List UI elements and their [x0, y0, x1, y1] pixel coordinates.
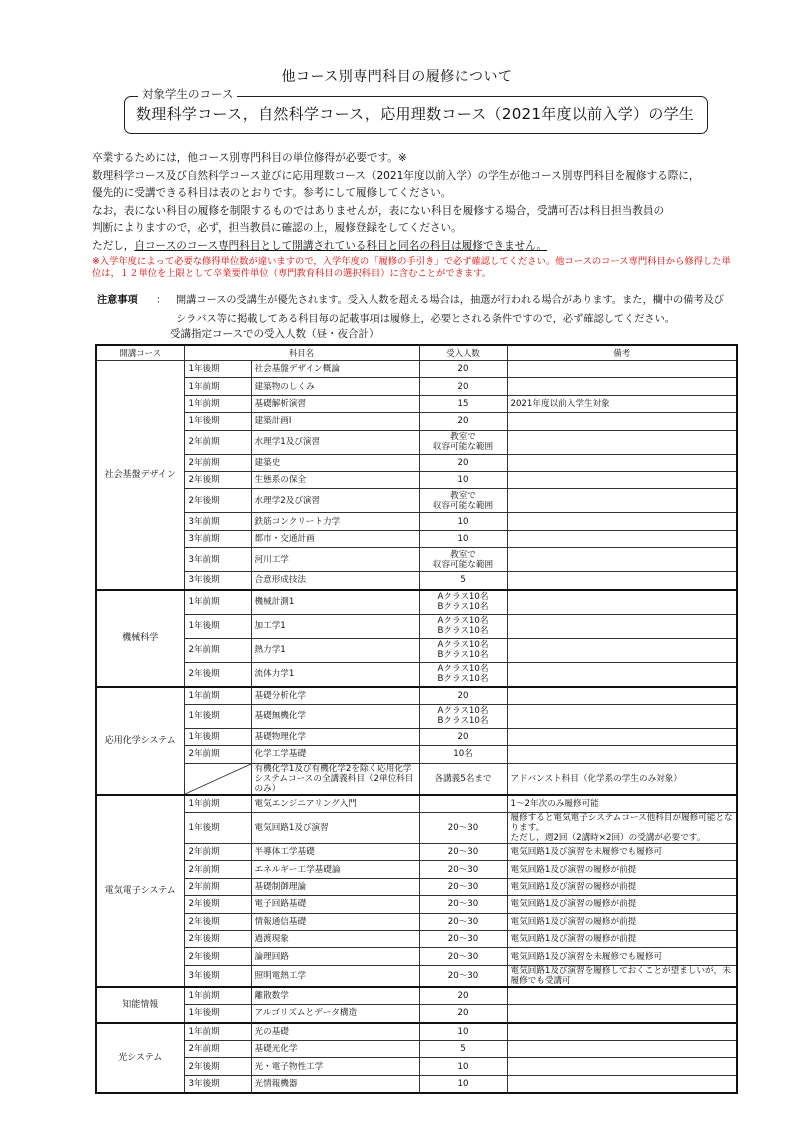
term-cell: 2年後期 [184, 471, 251, 488]
diagonal-line-icon [185, 764, 251, 794]
capacity-cell: 20 [419, 728, 507, 745]
table-row: 2年前期半導体工学基礎20～30電気回路1及び演習を未履修でも履修可 [96, 844, 737, 861]
capacity-cell: 10 [419, 1075, 507, 1093]
paragraph-line-4: なお，表にない科目の履修を制限するものではありませんが，表にない科目を履修する場… [92, 203, 664, 221]
capacity-cell: Aクラス10名Bクラス10名 [419, 662, 507, 687]
capacity-cell: 20～30 [419, 813, 507, 844]
table-row: 1年前期建築物のしくみ20 [96, 378, 737, 395]
capacity-cell: 20 [419, 687, 507, 705]
subject-cell: 都市・交通計画 [251, 530, 419, 547]
capacity-cell: 5 [419, 1040, 507, 1057]
note-cell: 電気回路1及び演習の履修が前提 [507, 861, 737, 878]
subject-cell: 水理学1及び演習 [251, 430, 419, 454]
table-row: 1年後期建築計画Ⅰ20 [96, 413, 737, 430]
note-cell: 履修すると電気電子システムコース他科目が履修可能となります。ただし，週2回（2講… [507, 813, 737, 844]
subject-cell: 電子回路基礎 [251, 896, 419, 913]
note-cell [507, 704, 737, 728]
subject-cell: 社会基盤デザイン概論 [251, 361, 419, 378]
paragraph-line-6: ただし，自コースのコース専門科目として開講されている科目と同名の科目は履修できま… [92, 238, 547, 256]
term-cell: 3年前期 [184, 530, 251, 547]
table-row: 1年後期電気回路1及び演習20～30履修すると電気電子システムコース他科目が履修… [96, 813, 737, 844]
subject-cell: 情報通信基礎 [251, 913, 419, 930]
term-cell: 1年後期 [184, 704, 251, 728]
capacity-cell: 20～30 [419, 965, 507, 987]
subject-cell: 論理回路 [251, 948, 419, 965]
table-row: 2年前期基礎制御理論20～30電気回路1及び演習の履修が前提 [96, 878, 737, 895]
capacity-table: 開講コース 科目名 受入人数 備考 社会基盤デザイン1年後期社会基盤デザイン概論… [95, 344, 738, 1094]
note-cell [507, 454, 737, 471]
capacity-cell: 10 [419, 1023, 507, 1041]
term-cell: 3年前期 [184, 513, 251, 530]
capacity-cell: 20 [419, 413, 507, 430]
note-cell [507, 1058, 737, 1075]
capacity-cell: 教室で収容可能な範囲 [419, 430, 507, 454]
note-cell [507, 430, 737, 454]
subject-cell: 熱力学1 [251, 638, 419, 662]
table-row: 2年後期光・電子物性工学10 [96, 1058, 737, 1075]
term-cell: 2年前期 [184, 878, 251, 895]
capacity-cell: 20～30 [419, 878, 507, 895]
note-cell [507, 638, 737, 662]
term-cell: 3年後期 [184, 1075, 251, 1093]
subject-cell: 建築物のしくみ [251, 378, 419, 395]
table-row: 応用化学システム1年前期基礎分析化学20 [96, 687, 737, 705]
subject-cell: エネルギー工学基礎論 [251, 861, 419, 878]
note-cell: アドバンスト科目（化学系の学生のみ対象） [507, 763, 737, 795]
caution-colon: ： [156, 291, 166, 310]
subject-cell: 化学工学基礎 [251, 746, 419, 763]
note-cell: 1～2年次のみ履修可能 [507, 795, 737, 813]
capacity-cell: 10 [419, 471, 507, 488]
term-cell: 2年前期 [184, 454, 251, 471]
subject-cell: 基礎光化学 [251, 1040, 419, 1057]
caution-label: 注意事項 [97, 291, 138, 310]
course-cell: 機械科学 [96, 590, 184, 687]
course-cell: 応用化学システム [96, 687, 184, 795]
subject-cell: 光・電子物性工学 [251, 1058, 419, 1075]
paragraph-line-5: 判断によりますので，必ず，担当教員に確認の上，履修登録をしてください。 [92, 220, 462, 238]
capacity-cell: 20 [419, 378, 507, 395]
table-row: 2年後期生態系の保全10 [96, 471, 737, 488]
capacity-cell [419, 795, 507, 813]
capacity-cell: Aクラス10名Bクラス10名 [419, 638, 507, 662]
term-cell: 1年後期 [184, 1005, 251, 1023]
table-row: 2年後期過渡現象20～30電気回路1及び演習の履修が前提 [96, 931, 737, 948]
term-cell: 1年後期 [184, 728, 251, 745]
table-row: 1年前期基礎解析演習152021年度以前入学生対象 [96, 395, 737, 412]
course-cell: 社会基盤デザイン [96, 361, 184, 590]
capacity-cell: 20 [419, 454, 507, 471]
table-caption: 受講指定コースでの受入人数（昼・夜合計） [170, 326, 379, 341]
subject-cell: 生態系の保全 [251, 471, 419, 488]
term-cell: 1年後期 [184, 614, 251, 638]
capacity-cell: 20～30 [419, 896, 507, 913]
restriction-prefix: ただし， [92, 240, 134, 252]
header-course: 開講コース [96, 345, 184, 361]
table-row: 2年前期エネルギー工学基礎論20～30電気回路1及び演習の履修が前提 [96, 861, 737, 878]
note-cell [507, 361, 737, 378]
table-row: 2年前期化学工学基礎10名 [96, 746, 737, 763]
term-cell: 2年前期 [184, 861, 251, 878]
table-row: 1年後期基礎物理化学20 [96, 728, 737, 745]
table-row: 2年前期建築史20 [96, 454, 737, 471]
table-row: 3年前期河川工学教室で収容可能な範囲 [96, 548, 737, 572]
table-row: 2年前期熱力学1Aクラス10名Bクラス10名 [96, 638, 737, 662]
table-row: 1年後期アルゴリズムとデータ構造20 [96, 1005, 737, 1023]
term-cell: 2年後期 [184, 931, 251, 948]
subject-cell: 鉄筋コンクリート力学 [251, 513, 419, 530]
table-row: 2年後期論理回路20～30電気回路1及び演習を未履修でも履修可 [96, 948, 737, 965]
capacity-cell: 20～30 [419, 948, 507, 965]
note-cell: 電気回路1及び演習の履修が前提 [507, 913, 737, 930]
subject-cell: 電気回路1及び演習 [251, 813, 419, 844]
restriction-underlined: 自コースのコース専門科目として開講されている科目と同名の科目は履修できません。 [134, 240, 547, 252]
course-cell: 知能情報 [96, 987, 184, 1023]
note-cell [507, 572, 737, 590]
note-cell [507, 530, 737, 547]
capacity-cell: 10 [419, 513, 507, 530]
table-row: 3年後期合意形成技法5 [96, 572, 737, 590]
course-cell: 電気電子システム [96, 795, 184, 987]
subject-cell: 機械計測1 [251, 590, 419, 615]
subject-cell: 照明電熱工学 [251, 965, 419, 987]
note-cell: 電気回路1及び演習の履修が前提 [507, 878, 737, 895]
table-row: 知能情報1年前期離散数学20 [96, 987, 737, 1005]
capacity-cell: 教室で収容可能な範囲 [419, 489, 507, 513]
paragraph-line-1: 卒業するためには，他コース別専門科目の単位修得が必要です。※ [92, 150, 407, 168]
note-cell [507, 662, 737, 687]
term-cell: 1年後期 [184, 413, 251, 430]
note-cell: 電気回路1及び演習の履修が前提 [507, 931, 737, 948]
note-cell [507, 1040, 737, 1057]
term-cell: 3年前期 [184, 548, 251, 572]
capacity-cell: 20～30 [419, 844, 507, 861]
table-row: 2年前期基礎光化学5 [96, 1040, 737, 1057]
capacity-cell: 20 [419, 1005, 507, 1023]
note-cell [507, 987, 737, 1005]
subject-cell: 建築計画Ⅰ [251, 413, 419, 430]
subject-cell: 離散数学 [251, 987, 419, 1005]
table-row: 2年後期水理学2及び演習教室で収容可能な範囲 [96, 489, 737, 513]
term-cell: 1年前期 [184, 1023, 251, 1041]
table-row: 3年後期照明電熱工学20～30電気回路1及び演習を履修しておくことが望ましいが，… [96, 965, 737, 987]
note-cell: 電気回路1及び演習を履修しておくことが望ましいが，未履修でも受講可 [507, 965, 737, 987]
note-cell [507, 513, 737, 530]
capacity-cell: Aクラス10名Bクラス10名 [419, 590, 507, 615]
note-cell [507, 590, 737, 615]
term-cell: 2年後期 [184, 662, 251, 687]
term-cell: 2年前期 [184, 1040, 251, 1057]
subject-cell: 建築史 [251, 454, 419, 471]
term-cell: 2年後期 [184, 913, 251, 930]
subject-cell: 半導体工学基礎 [251, 844, 419, 861]
table-row: 2年後期流体力学1Aクラス10名Bクラス10名 [96, 662, 737, 687]
capacity-cell: 20～30 [419, 861, 507, 878]
header-notes: 備考 [507, 345, 737, 361]
subject-cell: アルゴリズムとデータ構造 [251, 1005, 419, 1023]
table-row: 2年後期電子回路基礎20～30電気回路1及び演習の履修が前提 [96, 896, 737, 913]
capacity-cell: 20 [419, 361, 507, 378]
capacity-cell: 教室で収容可能な範囲 [419, 548, 507, 572]
term-cell: 2年後期 [184, 1058, 251, 1075]
subject-cell: 基礎分析化学 [251, 687, 419, 705]
note-cell [507, 489, 737, 513]
caution-line-1: 開講コースの受講生が優先されます。受入人数を超える場合は，抽選が行われる場合があ… [176, 291, 724, 310]
term-cell: 2年前期 [184, 844, 251, 861]
term-cell: 3年後期 [184, 965, 251, 987]
term-cell: 1年前期 [184, 395, 251, 412]
note-cell [507, 746, 737, 763]
note-cell: 2021年度以前入学生対象 [507, 395, 737, 412]
capacity-cell: 各講義5名まで [419, 763, 507, 795]
page-title: 他コース別専門科目の履修について [0, 66, 794, 86]
subject-cell: 光情報機器 [251, 1075, 419, 1093]
header-subject: 科目名 [184, 345, 419, 361]
capacity-cell: 20～30 [419, 931, 507, 948]
subject-cell: 流体力学1 [251, 662, 419, 687]
term-cell: 1年前期 [184, 687, 251, 705]
capacity-cell: 10 [419, 530, 507, 547]
term-cell: 1年後期 [184, 813, 251, 844]
subject-cell: 加工学1 [251, 614, 419, 638]
note-cell [507, 1023, 737, 1041]
subject-cell: 基礎解析演習 [251, 395, 419, 412]
table-row: 3年後期光情報機器10 [96, 1075, 737, 1093]
note-cell [507, 614, 737, 638]
term-cell: 2年前期 [184, 638, 251, 662]
diagonal-empty-cell [184, 763, 251, 795]
term-cell: 1年前期 [184, 795, 251, 813]
term-cell: 1年前期 [184, 987, 251, 1005]
table-row: 2年前期水理学1及び演習教室で収容可能な範囲 [96, 430, 737, 454]
capacity-cell: 10名 [419, 746, 507, 763]
capacity-cell: Aクラス10名Bクラス10名 [419, 704, 507, 728]
term-cell: 2年後期 [184, 948, 251, 965]
table-row: 1年後期基礎無機化学Aクラス10名Bクラス10名 [96, 704, 737, 728]
table-row: 1年後期加工学1Aクラス10名Bクラス10名 [96, 614, 737, 638]
note-cell: 電気回路1及び演習を未履修でも履修可 [507, 844, 737, 861]
note-cell: 電気回路1及び演習の履修が前提 [507, 896, 737, 913]
capacity-cell: 10 [419, 1058, 507, 1075]
note-cell: 電気回路1及び演習を未履修でも履修可 [507, 948, 737, 965]
subject-cell: 光の基礎 [251, 1023, 419, 1041]
subject-cell: 基礎無機化学 [251, 704, 419, 728]
subject-cell: 基礎制御理論 [251, 878, 419, 895]
subject-cell: 過渡現象 [251, 931, 419, 948]
course-cell: 光システム [96, 1023, 184, 1094]
target-course-legend: 対象学生のコース [138, 86, 237, 102]
table-row: 3年前期都市・交通計画10 [96, 530, 737, 547]
note-cell [507, 548, 737, 572]
subject-cell: 基礎物理化学 [251, 728, 419, 745]
paragraph-line-2: 数理科学コース及び自然科学コース並びに応用理数コース（2021年度以前入学）の学… [92, 168, 700, 186]
note-cell [507, 378, 737, 395]
capacity-cell: 15 [419, 395, 507, 412]
table-row: 光システム1年前期光の基礎10 [96, 1023, 737, 1041]
subject-cell: 水理学2及び演習 [251, 489, 419, 513]
capacity-cell: 20～30 [419, 913, 507, 930]
note-cell [507, 1075, 737, 1093]
note-cell [507, 687, 737, 705]
subject-cell: 電気エンジニアリング入門 [251, 795, 419, 813]
paragraph-line-3: 優先的に受講できる科目は表のとおりです。参考にして履修してください。 [92, 185, 451, 203]
note-cell [507, 471, 737, 488]
term-cell: 2年後期 [184, 489, 251, 513]
table-row: 社会基盤デザイン1年後期社会基盤デザイン概論20 [96, 361, 737, 378]
header-capacity: 受入人数 [419, 345, 507, 361]
subject-cell: 合意形成技法 [251, 572, 419, 590]
target-course-text: 数理科学コース，自然科学コース，応用理数コース（2021年度以前入学）の学生 [136, 103, 694, 124]
table-row: 3年前期鉄筋コンクリート力学10 [96, 513, 737, 530]
term-cell: 1年後期 [184, 361, 251, 378]
term-cell: 2年後期 [184, 896, 251, 913]
subject-cell: 有機化学1及び有機化学2を除く応用化学システムコースの全講義科目（2単位科目のみ… [251, 763, 419, 795]
subject-cell: 河川工学 [251, 548, 419, 572]
term-cell: 1年前期 [184, 378, 251, 395]
table-header-row: 開講コース 科目名 受入人数 備考 [96, 345, 737, 361]
term-cell: 3年後期 [184, 572, 251, 590]
red-note: ※入学年度によって必要な修得単位数が違いますので，入学年度の「履修の手引き」で必… [92, 256, 732, 280]
note-cell [507, 1005, 737, 1023]
table-row: 機械科学1年前期機械計測1Aクラス10名Bクラス10名 [96, 590, 737, 615]
capacity-cell: 20 [419, 987, 507, 1005]
capacity-cell: Aクラス10名Bクラス10名 [419, 614, 507, 638]
term-cell: 2年前期 [184, 746, 251, 763]
note-cell [507, 728, 737, 745]
term-cell: 1年前期 [184, 590, 251, 615]
table-row: 2年後期情報通信基礎20～30電気回路1及び演習の履修が前提 [96, 913, 737, 930]
term-cell: 2年前期 [184, 430, 251, 454]
table-row: 有機化学1及び有機化学2を除く応用化学システムコースの全講義科目（2単位科目のみ… [96, 763, 737, 795]
table-row: 電気電子システム1年前期電気エンジニアリング入門1～2年次のみ履修可能 [96, 795, 737, 813]
capacity-cell: 5 [419, 572, 507, 590]
note-cell [507, 413, 737, 430]
